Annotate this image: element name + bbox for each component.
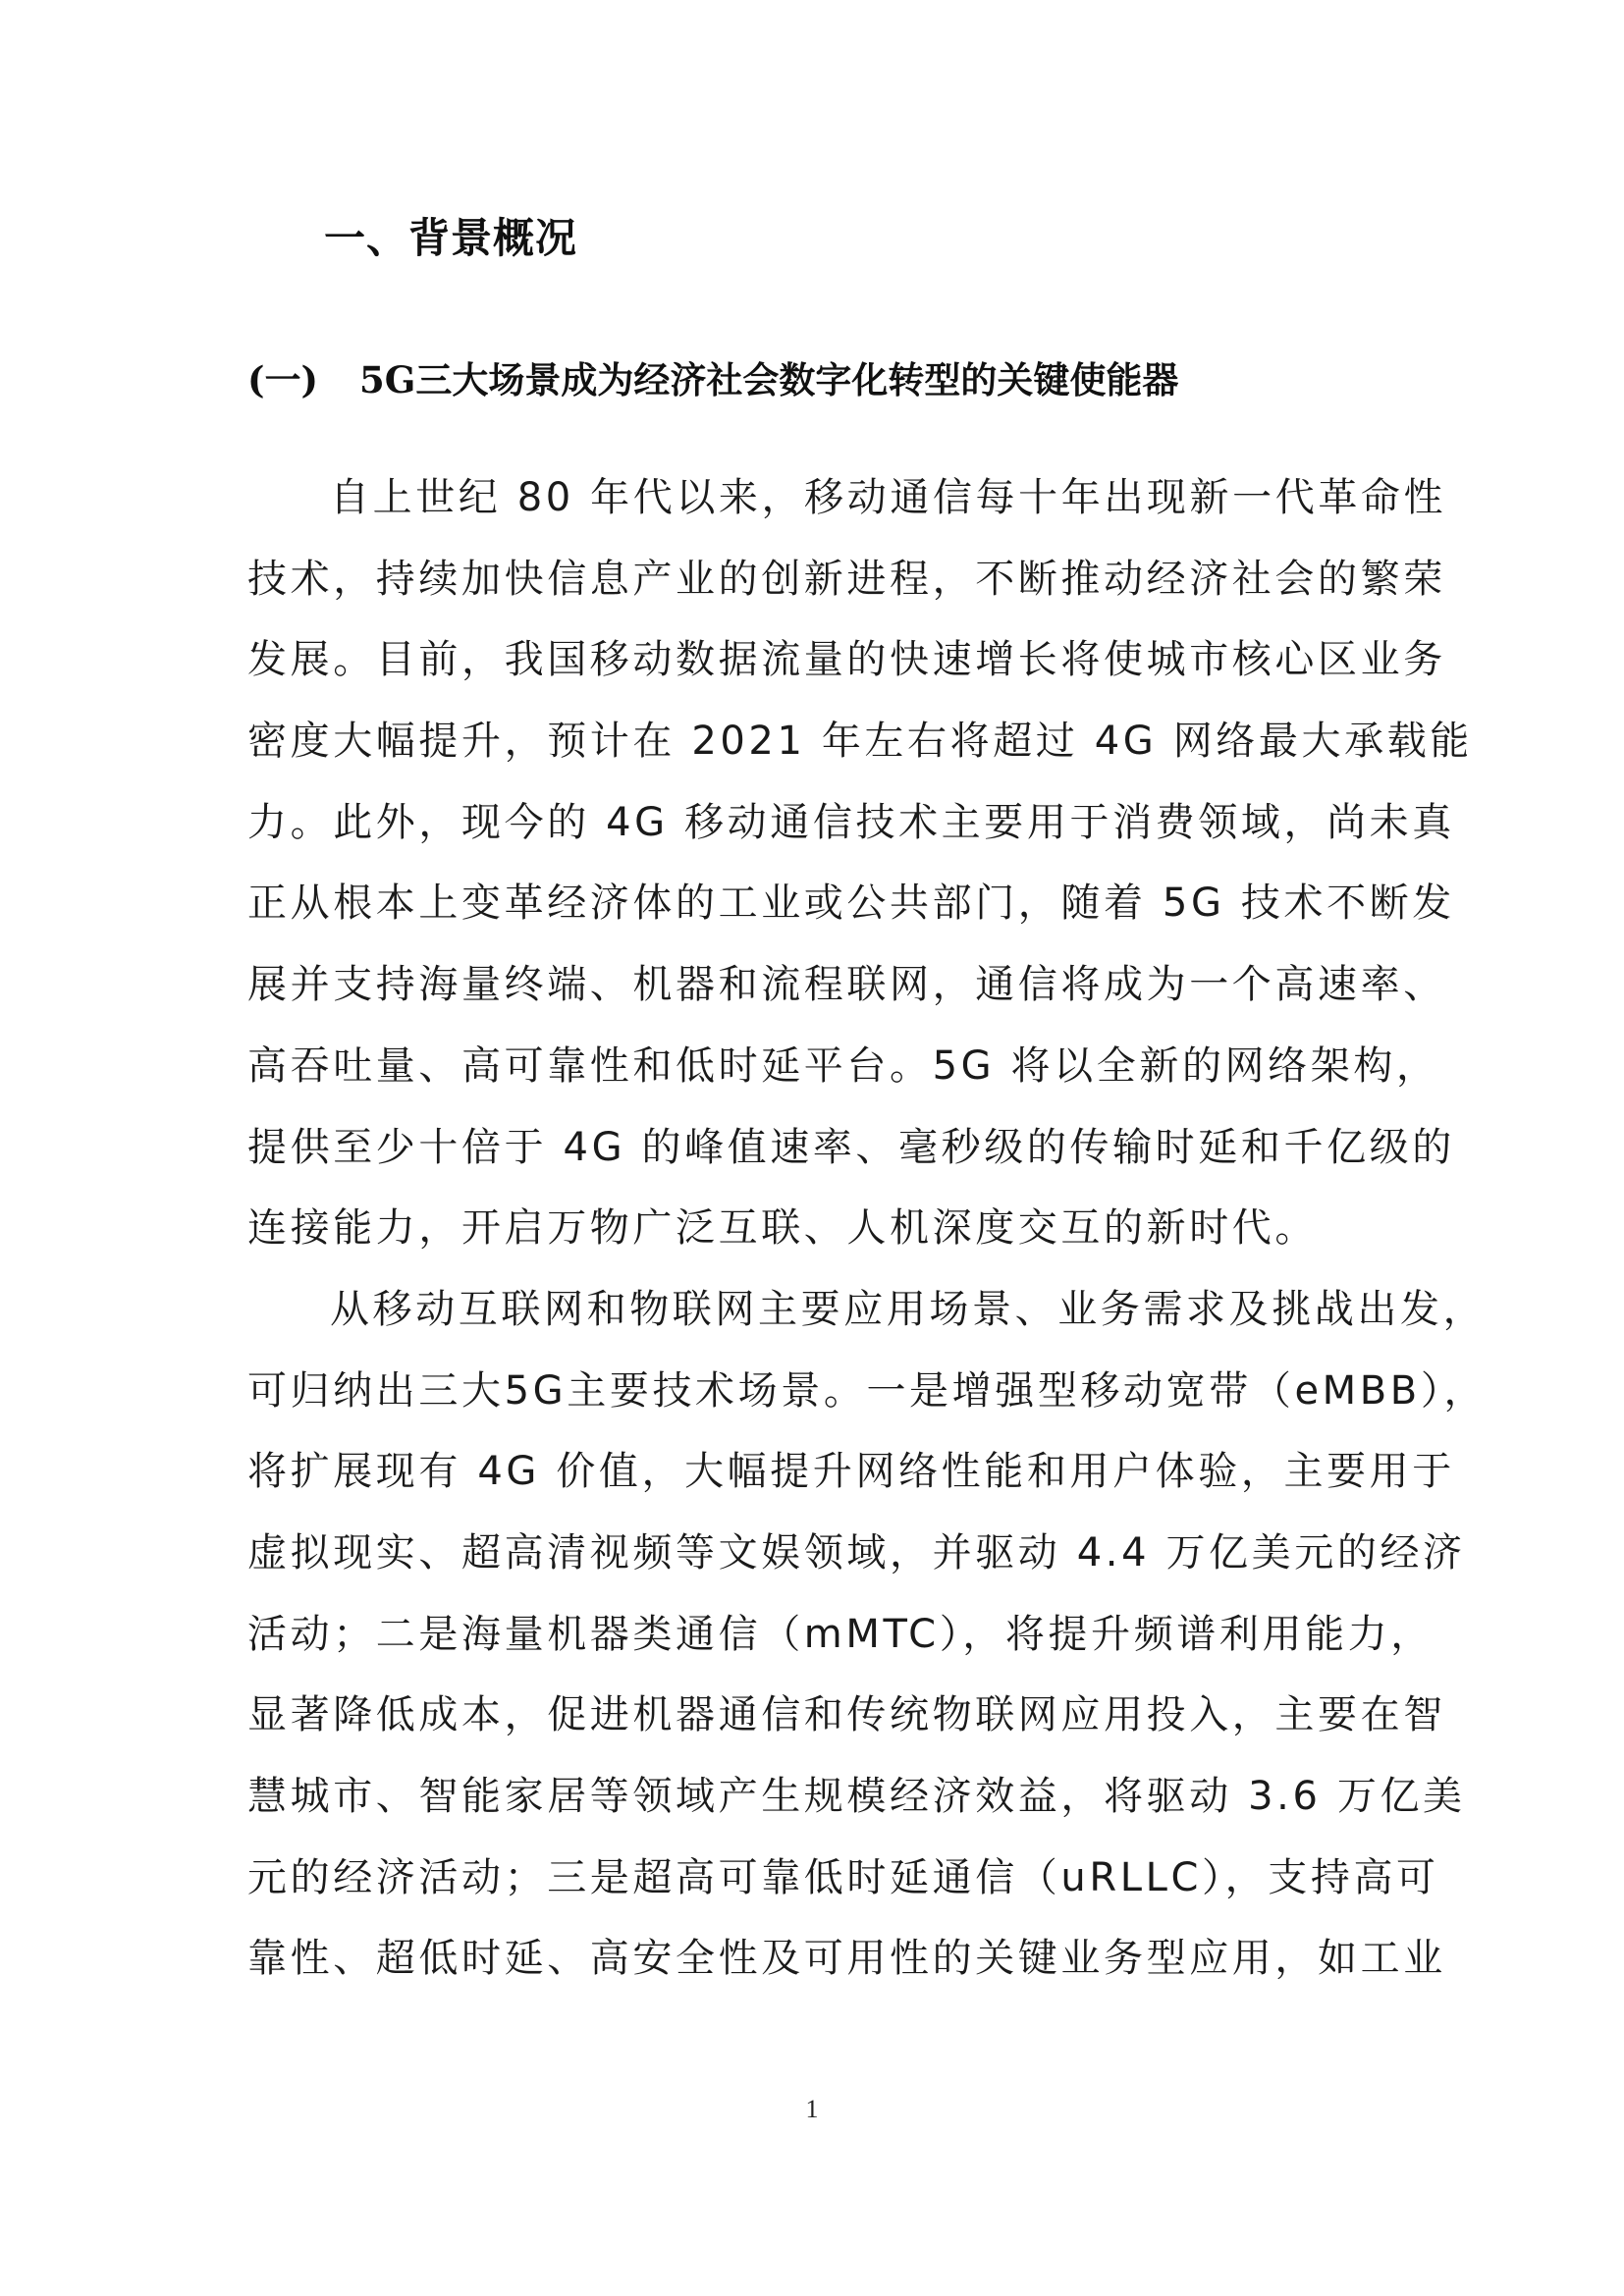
subsection-title: 5G三大场景成为经济社会数字化转型的关键使能器 — [359, 355, 1178, 404]
text-line: 密度大幅提升，预计在 2021 年左右将超过 4G 网络最大承载能 — [247, 717, 1396, 798]
text-line: 活动；二是海量机器类通信（mMTC），将提升频谱利用能力， — [247, 1610, 1396, 1691]
document-page: 一、背景概况 (一) 5G三大场景成为经济社会数字化转型的关键使能器 自上世纪 … — [0, 0, 1624, 2296]
text-line: 自上世纪 80 年代以来，移动通信每十年出现新一代革命性 — [247, 473, 1396, 555]
text-line: 靠性、超低时延、高安全性及可用性的关键业务型应用，如工业 — [247, 1934, 1396, 2015]
text-line: 高吞吐量、高可靠性和低时延平台。5G 将以全新的网络架构， — [247, 1041, 1396, 1123]
page-number: 1 — [0, 2095, 1624, 2124]
text-line: 从移动互联网和物联网主要应用场景、业务需求及挑战出发， — [247, 1285, 1396, 1366]
subsection-number: (一) — [247, 355, 318, 404]
text-line: 发展。目前，我国移动数据流量的快速增长将使城市核心区业务 — [247, 635, 1396, 717]
text-line: 慧城市、智能家居等领域产生规模经济效益，将驱动 3.6 万亿美 — [247, 1772, 1396, 1853]
text-line: 正从根本上变革经济体的工业或公共部门，随着 5G 技术不断发 — [247, 879, 1396, 960]
text-line: 虚拟现实、超高清视频等文娱领域，并驱动 4.4 万亿美元的经济 — [247, 1528, 1396, 1610]
text-line: 提供至少十倍于 4G 的峰值速率、毫秒级的传输时延和千亿级的 — [247, 1123, 1396, 1204]
body-text: 自上世纪 80 年代以来，移动通信每十年出现新一代革命性 技术，持续加快信息产业… — [247, 473, 1396, 2015]
text-line: 显著降低成本，促进机器通信和传统物联网应用投入，主要在智 — [247, 1690, 1396, 1772]
subsection-heading: (一) 5G三大场景成为经济社会数字化转型的关键使能器 — [247, 355, 1178, 404]
text-line: 技术，持续加快信息产业的创新进程，不断推动经济社会的繁荣 — [247, 555, 1396, 636]
text-line: 可归纳出三大5G主要技术场景。一是增强型移动宽带（eMBB）， — [247, 1366, 1396, 1448]
text-line: 展并支持海量终端、机器和流程联网，通信将成为一个高速率、 — [247, 960, 1396, 1041]
text-line: 将扩展现有 4G 价值，大幅提升网络性能和用户体验，主要用于 — [247, 1447, 1396, 1528]
text-line: 连接能力，开启万物广泛互联、人机深度交互的新时代。 — [247, 1203, 1396, 1285]
section-heading: 一、背景概况 — [324, 214, 577, 263]
text-line: 元的经济活动；三是超高可靠低时延通信（uRLLC），支持高可 — [247, 1853, 1396, 1935]
text-line: 力。此外，现今的 4G 移动通信技术主要用于消费领域，尚未真 — [247, 798, 1396, 880]
